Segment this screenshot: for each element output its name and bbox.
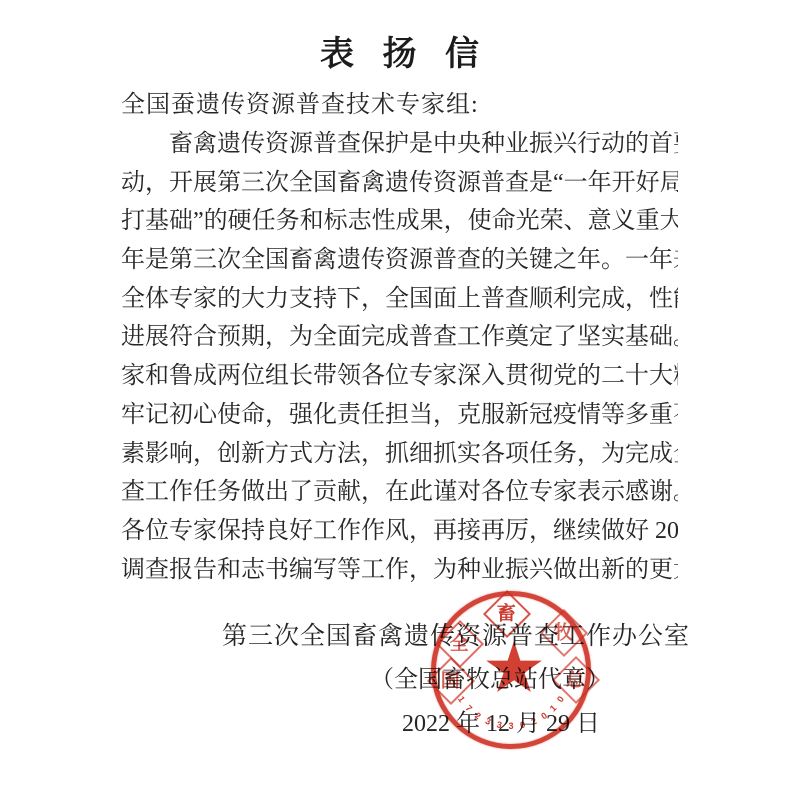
body-line: 牢记初心使命，强化责任担当，克服新冠疫情等多重不利因 <box>121 396 678 435</box>
body-line: 素影响，创新方式方法，抓细抓实各项任务，为完成全国普 <box>121 435 678 474</box>
signature-agency-note: （全国畜牧总站代章） <box>0 659 799 694</box>
body-line: 畜禽遗传资源普查保护是中央种业振兴行动的首要行 <box>121 125 678 164</box>
body-line: 全体专家的大力支持下，全国面上普查顺利完成，性能测定 <box>121 280 678 319</box>
body-line: 查工作任务做出了贡献，在此谨对各位专家表示感谢。希望 <box>121 473 678 512</box>
body-line: 年是第三次全国畜禽遗传资源普查的关键之年。一年来，在 <box>121 241 678 280</box>
signature-office-name: 第三次全国畜禽遗传资源普查工作办公室 <box>0 616 799 652</box>
body-line: 调查报告和志书编写等工作，为种业振兴做出新的更大贡献。 <box>121 551 678 590</box>
body-line: 家和鲁成两位组长带领各位专家深入贯彻党的二十大精神， <box>121 357 678 396</box>
commendation-letter-page: 表 扬 信 全国蚕遗传资源普查技术专家组: 畜禽遗传资源普查保护是中央种业振兴行… <box>0 0 799 795</box>
letter-body: 畜禽遗传资源普查保护是中央种业振兴行动的首要行 动，开展第三次全国畜禽遗传资源普… <box>121 125 678 589</box>
body-line: 各位专家保持良好工作作风，再接再厉，继续做好 2023 年 <box>121 512 678 551</box>
letter-salutation: 全国蚕遗传资源普查技术专家组: <box>121 84 479 119</box>
body-line: 打基础”的硬任务和标志性成果，使命光荣、意义重大。2022 <box>121 202 678 241</box>
letter-title: 表 扬 信 <box>0 26 799 75</box>
signature-date: 2022 年 12 月 29 日 <box>0 703 799 738</box>
body-line: 动，开展第三次全国畜禽遗传资源普查是“一年开好局、三年 <box>121 164 678 203</box>
body-line: 进展符合预期，为全面完成普查工作奠定了坚实基础。沈兴 <box>121 318 678 357</box>
